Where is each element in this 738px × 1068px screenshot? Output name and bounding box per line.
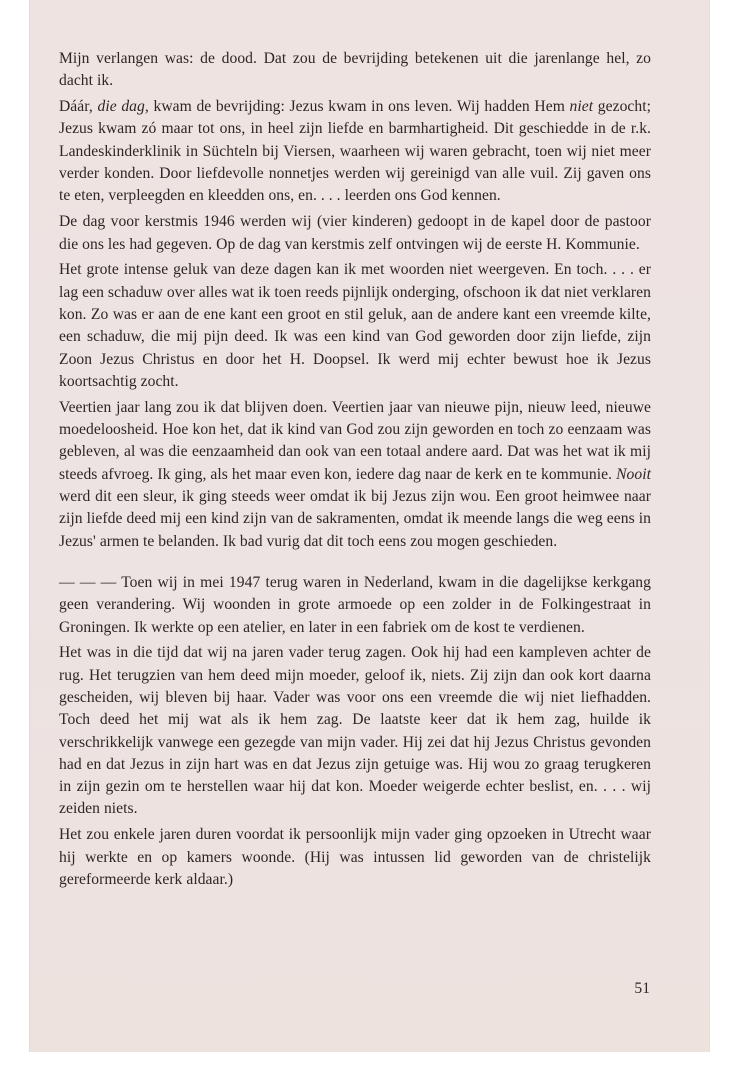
body-text: Mijn verlangen was: de dood. Dat zou de …: [59, 48, 651, 895]
paragraph: Dáár, die dag, kwam de bevrijding: Jezus…: [59, 96, 651, 207]
paragraph: Veertien jaar lang zou ik dat blijven do…: [59, 397, 651, 553]
emphasized-text: die dag,: [97, 98, 148, 115]
emphasized-text: niet: [570, 98, 594, 115]
text-run: Dáár,: [59, 98, 97, 115]
paragraph: Mijn verlangen was: de dood. Dat zou de …: [59, 48, 651, 93]
text-run: Het was in die tijd dat wij na jaren vad…: [59, 644, 651, 817]
text-run: Het zou enkele jaren duren voordat ik pe…: [59, 826, 651, 888]
paragraph: De dag voor kerstmis 1946 werden wij (vi…: [59, 211, 651, 256]
page-number: 51: [634, 980, 650, 998]
text-run: De dag voor kerstmis 1946 werden wij (vi…: [59, 213, 651, 252]
text-run: werd dit een sleur, ik ging steeds weer …: [59, 488, 651, 550]
emphasized-text: Nooit: [616, 466, 651, 483]
text-run: kwam de bevrijding: Jezus kwam in ons le…: [149, 98, 570, 115]
paragraph: Het grote intense geluk van deze dagen k…: [59, 259, 651, 393]
paragraph: Het zou enkele jaren duren voordat ik pe…: [59, 824, 651, 891]
text-run: — — — Toen wij in mei 1947 terug waren i…: [59, 574, 651, 636]
paragraph: Het was in die tijd dat wij na jaren vad…: [59, 642, 651, 820]
text-run: Veertien jaar lang zou ik dat blijven do…: [59, 399, 651, 483]
text-run: Het grote intense geluk van deze dagen k…: [59, 261, 651, 389]
text-run: Mijn verlangen was: de dood. Dat zou de …: [59, 50, 651, 89]
section-start-paragraph: — — — Toen wij in mei 1947 terug waren i…: [59, 572, 651, 639]
book-page: Mijn verlangen was: de dood. Dat zou de …: [29, 0, 710, 1052]
